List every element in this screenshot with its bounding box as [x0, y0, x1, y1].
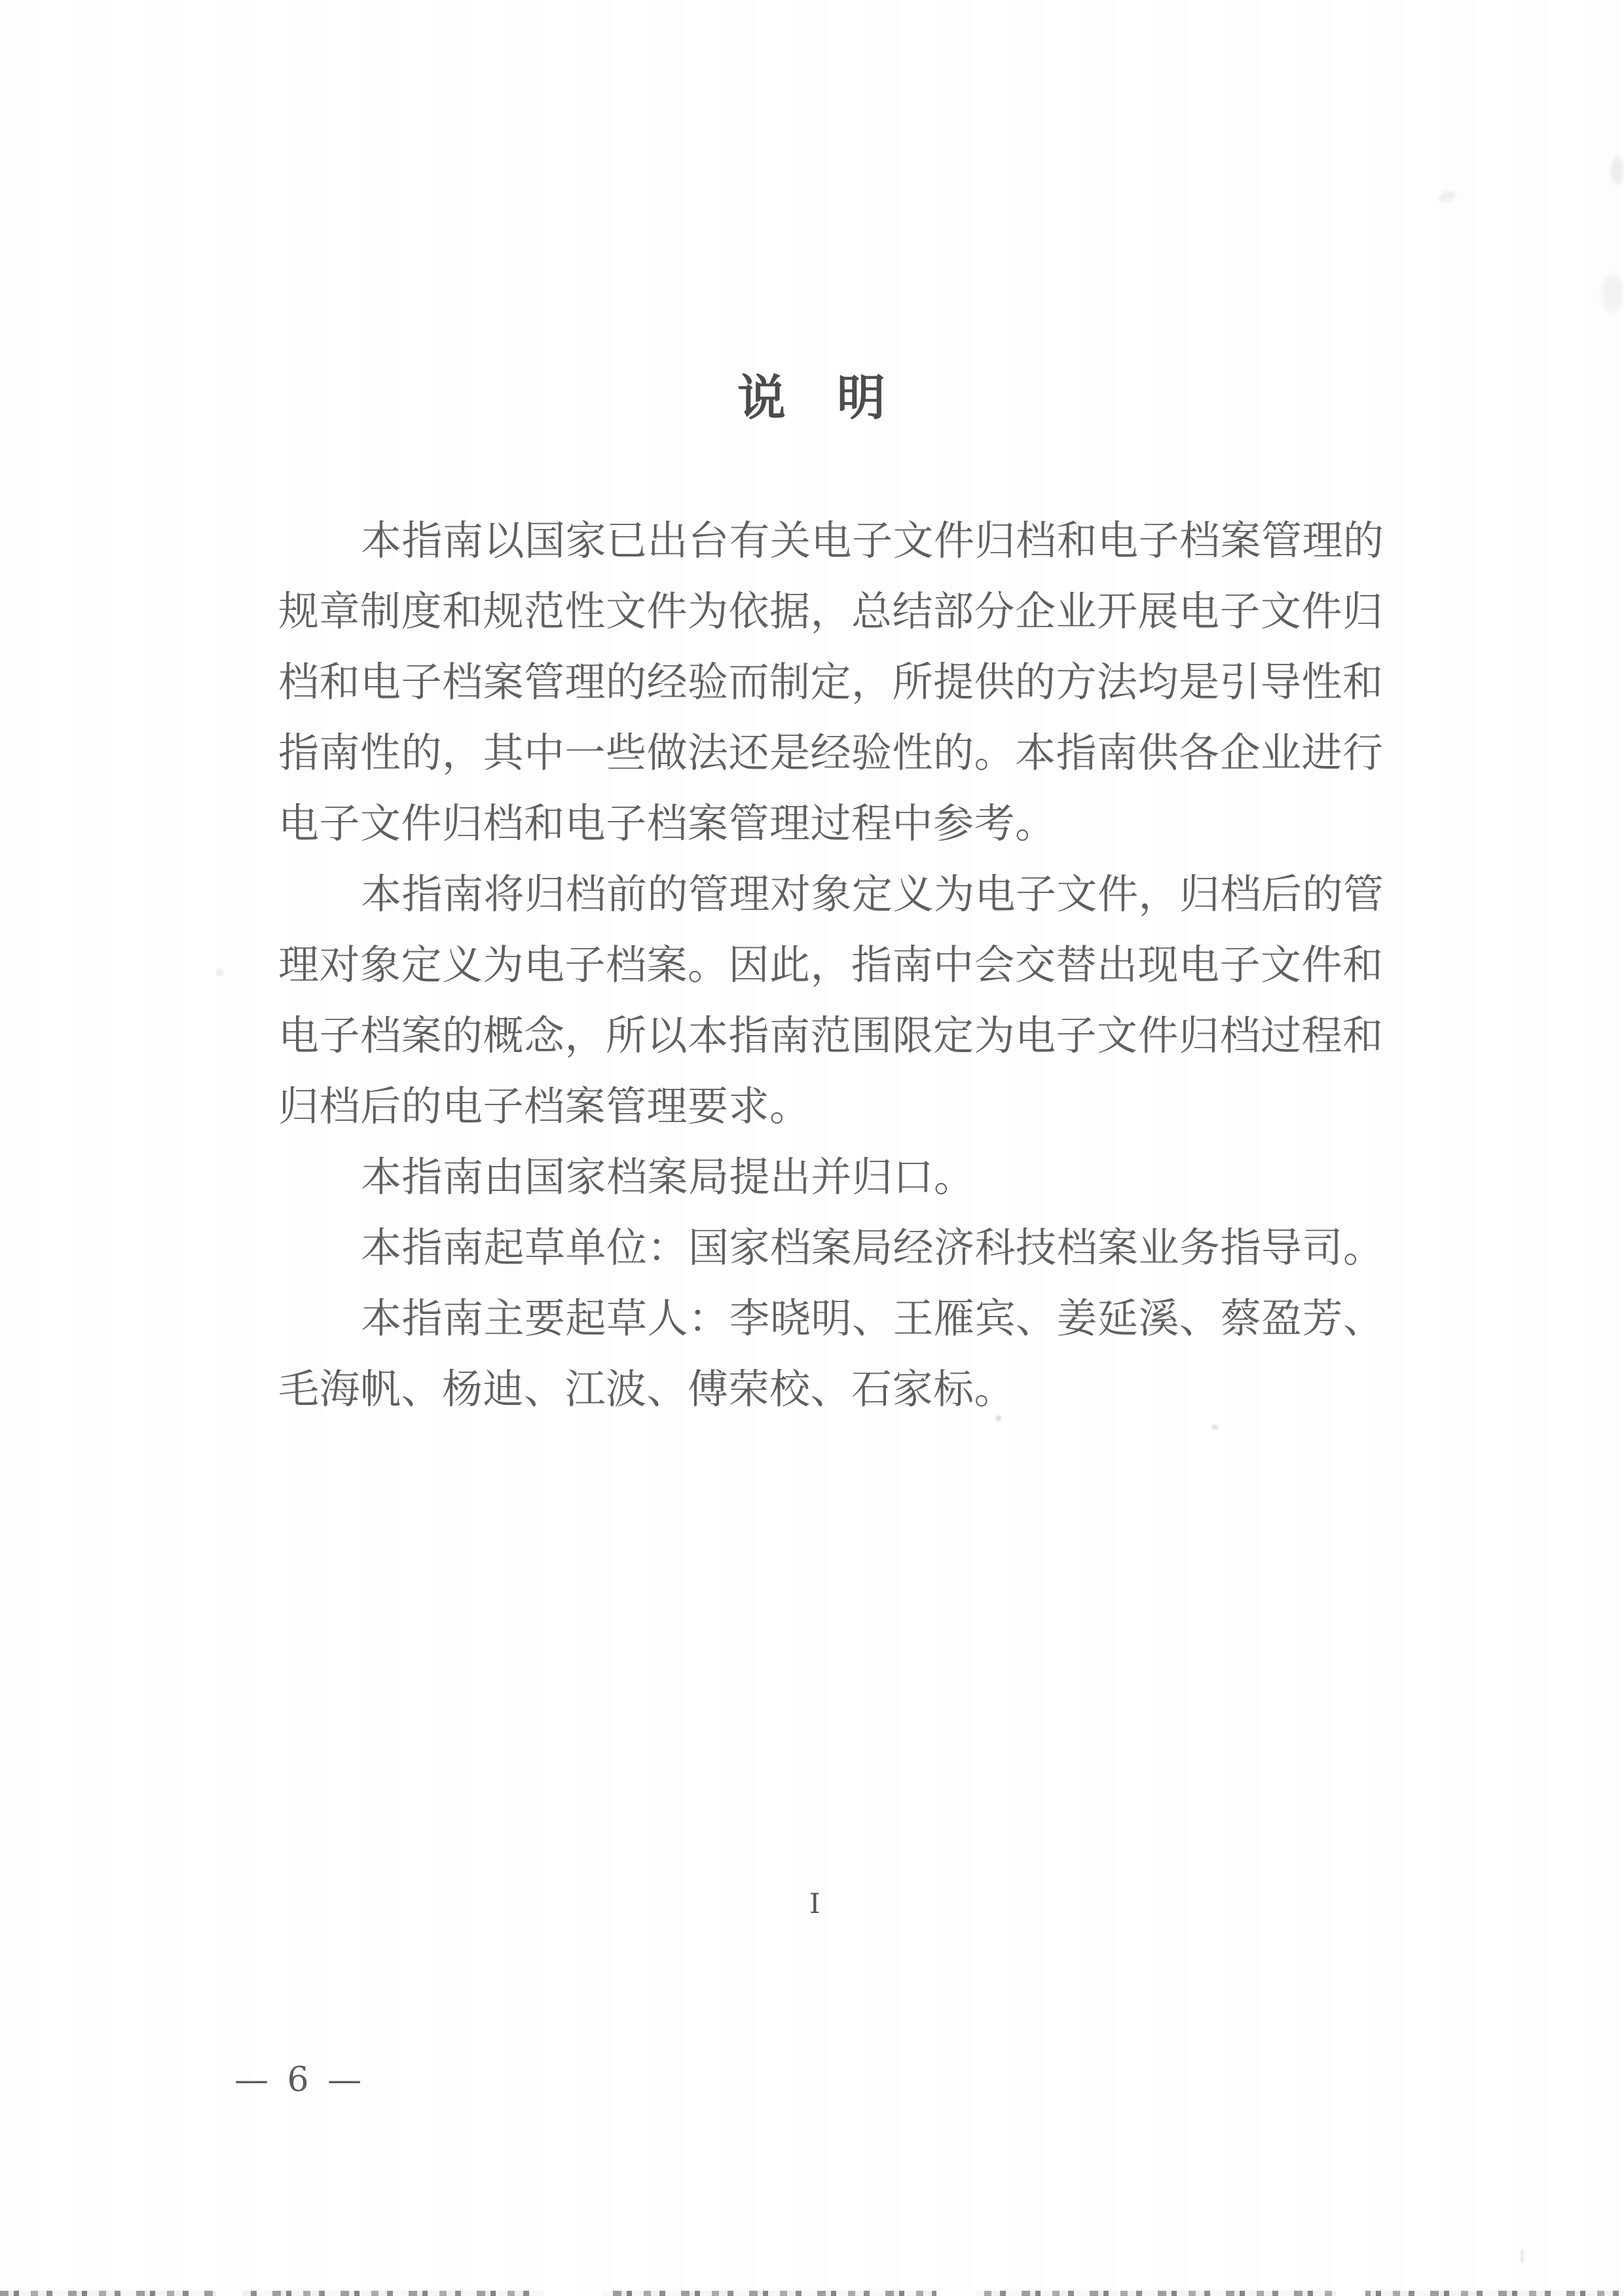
body-line: 指南性的，其中一些做法还是经验性的。本指南供各企业进行: [278, 718, 1392, 788]
scan-artifact: [1521, 2250, 1524, 2263]
body-line: 规章制度和规范性文件为依据，总结部分企业开展电子文件归: [278, 576, 1392, 647]
document-body: 本指南以国家已出台有关电子文件归档和电子档案管理的 规章制度和规范性文件为依据，…: [278, 505, 1392, 1425]
body-line: 归档后的电子档案管理要求。: [278, 1071, 1392, 1142]
body-line: 本指南主要起草人：李晓明、王雁宾、姜延溪、蔡盈芳、: [278, 1283, 1392, 1354]
scan-artifact: [1437, 189, 1458, 204]
body-line: 毛海帆、杨迪、江波、傅荣校、石家标。: [278, 1354, 1392, 1425]
body-line: 电子文件归档和电子档案管理过程中参考。: [278, 788, 1392, 859]
scanner-edge-noise: [0, 2291, 1624, 2296]
page-number-footer: — 6 —: [234, 2057, 365, 2103]
document-title: 说 明: [0, 367, 1624, 429]
body-line: 本指南起草单位：国家档案局经济科技档案业务指导司。: [278, 1212, 1392, 1283]
scan-artifact: [216, 969, 223, 976]
scan-artifact: [1211, 1425, 1219, 1430]
section-page-marker: I: [809, 1889, 821, 1918]
body-line: 电子档案的概念，所以本指南范围限定为电子文件归档过程和: [278, 1000, 1392, 1071]
scanned-document-page: 说 明 本指南以国家已出台有关电子文件归档和电子档案管理的 规章制度和规范性文件…: [0, 0, 1624, 2296]
body-line: 本指南将归档前的管理对象定义为电子文件，归档后的管: [278, 859, 1392, 930]
scan-artifact: [1611, 156, 1624, 185]
body-line: 本指南由国家档案局提出并归口。: [278, 1142, 1392, 1212]
scan-artifact: [1602, 274, 1624, 313]
body-line: 本指南以国家已出台有关电子文件归档和电子档案管理的: [278, 505, 1392, 576]
body-line: 理对象定义为电子档案。因此，指南中会交替出现电子文件和: [278, 930, 1392, 1000]
body-line: 档和电子档案管理的经验而制定，所提供的方法均是引导性和: [278, 647, 1392, 718]
